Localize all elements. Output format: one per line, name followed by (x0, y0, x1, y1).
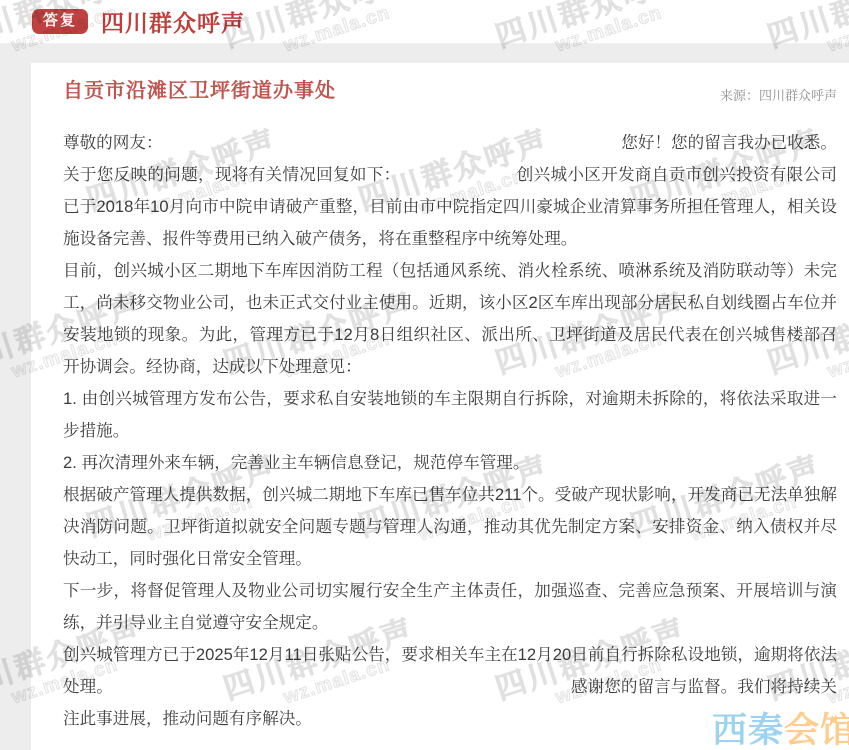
paragraph-6: 下一步，将督促管理人及物业公司切实履行安全生产主体责任，加强巡查、完善应急预案、… (63, 575, 837, 639)
paragraph-2: 目前，创兴城小区二期地下车库因消防工程（包括通风系统、消火栓系统、喷淋系统及消防… (63, 255, 837, 383)
logo-part-orange: 会馆 (784, 711, 849, 750)
paragraph-1: 关于您反映的问题，现将有关情况回复如下：创兴城小区开发商自贡市创兴投资有限公司已… (63, 159, 837, 255)
xiqin-huiguan-logo: 西秦会馆 (712, 703, 849, 750)
paragraph-salutation: 尊敬的网友： 您好！您的留言我办已收悉。 (63, 127, 837, 159)
paragraph-1-lead: 关于您反映的问题，现将有关情况回复如下： (63, 165, 400, 184)
reply-badge: 答复 (32, 9, 88, 34)
site-brand-logo[interactable]: 四川群众呼声 (101, 5, 245, 38)
logo-part-blue: 西秦 (712, 711, 784, 750)
article-source: 来源：四川群众呼声 (720, 85, 837, 104)
greeting-text: 您好！您的留言我办已收悉。 (621, 127, 837, 159)
reply-card: 自贡市沿滩区卫坪街道办事处 来源：四川群众呼声 尊敬的网友： 您好！您的留言我办… (31, 63, 849, 750)
paragraph-4: 2. 再次清理外来车辆，完善业主车辆信息登记，规范停车管理。 (63, 447, 837, 479)
article-title: 自贡市沿滩区卫坪街道办事处 (63, 78, 336, 104)
site-header: 答复 四川群众呼声 (0, 0, 849, 44)
paragraph-5: 根据破产管理人提供数据，创兴城二期地下车库已售车位共211个。受破产现状影响，开… (63, 479, 837, 575)
paragraph-3: 1. 由创兴城管理方发布公告，要求私自安装地锁的车主限期自行拆除，对逾期未拆除的… (63, 383, 837, 447)
page: 答复 四川群众呼声 自贡市沿滩区卫坪街道办事处 来源：四川群众呼声 尊敬的网友：… (0, 0, 849, 750)
article-body: 尊敬的网友： 您好！您的留言我办已收悉。 关于您反映的问题，现将有关情况回复如下… (63, 127, 837, 735)
card-head: 自贡市沿滩区卫坪街道办事处 来源：四川群众呼声 (63, 78, 837, 104)
salutation-text: 尊敬的网友： (63, 127, 163, 159)
